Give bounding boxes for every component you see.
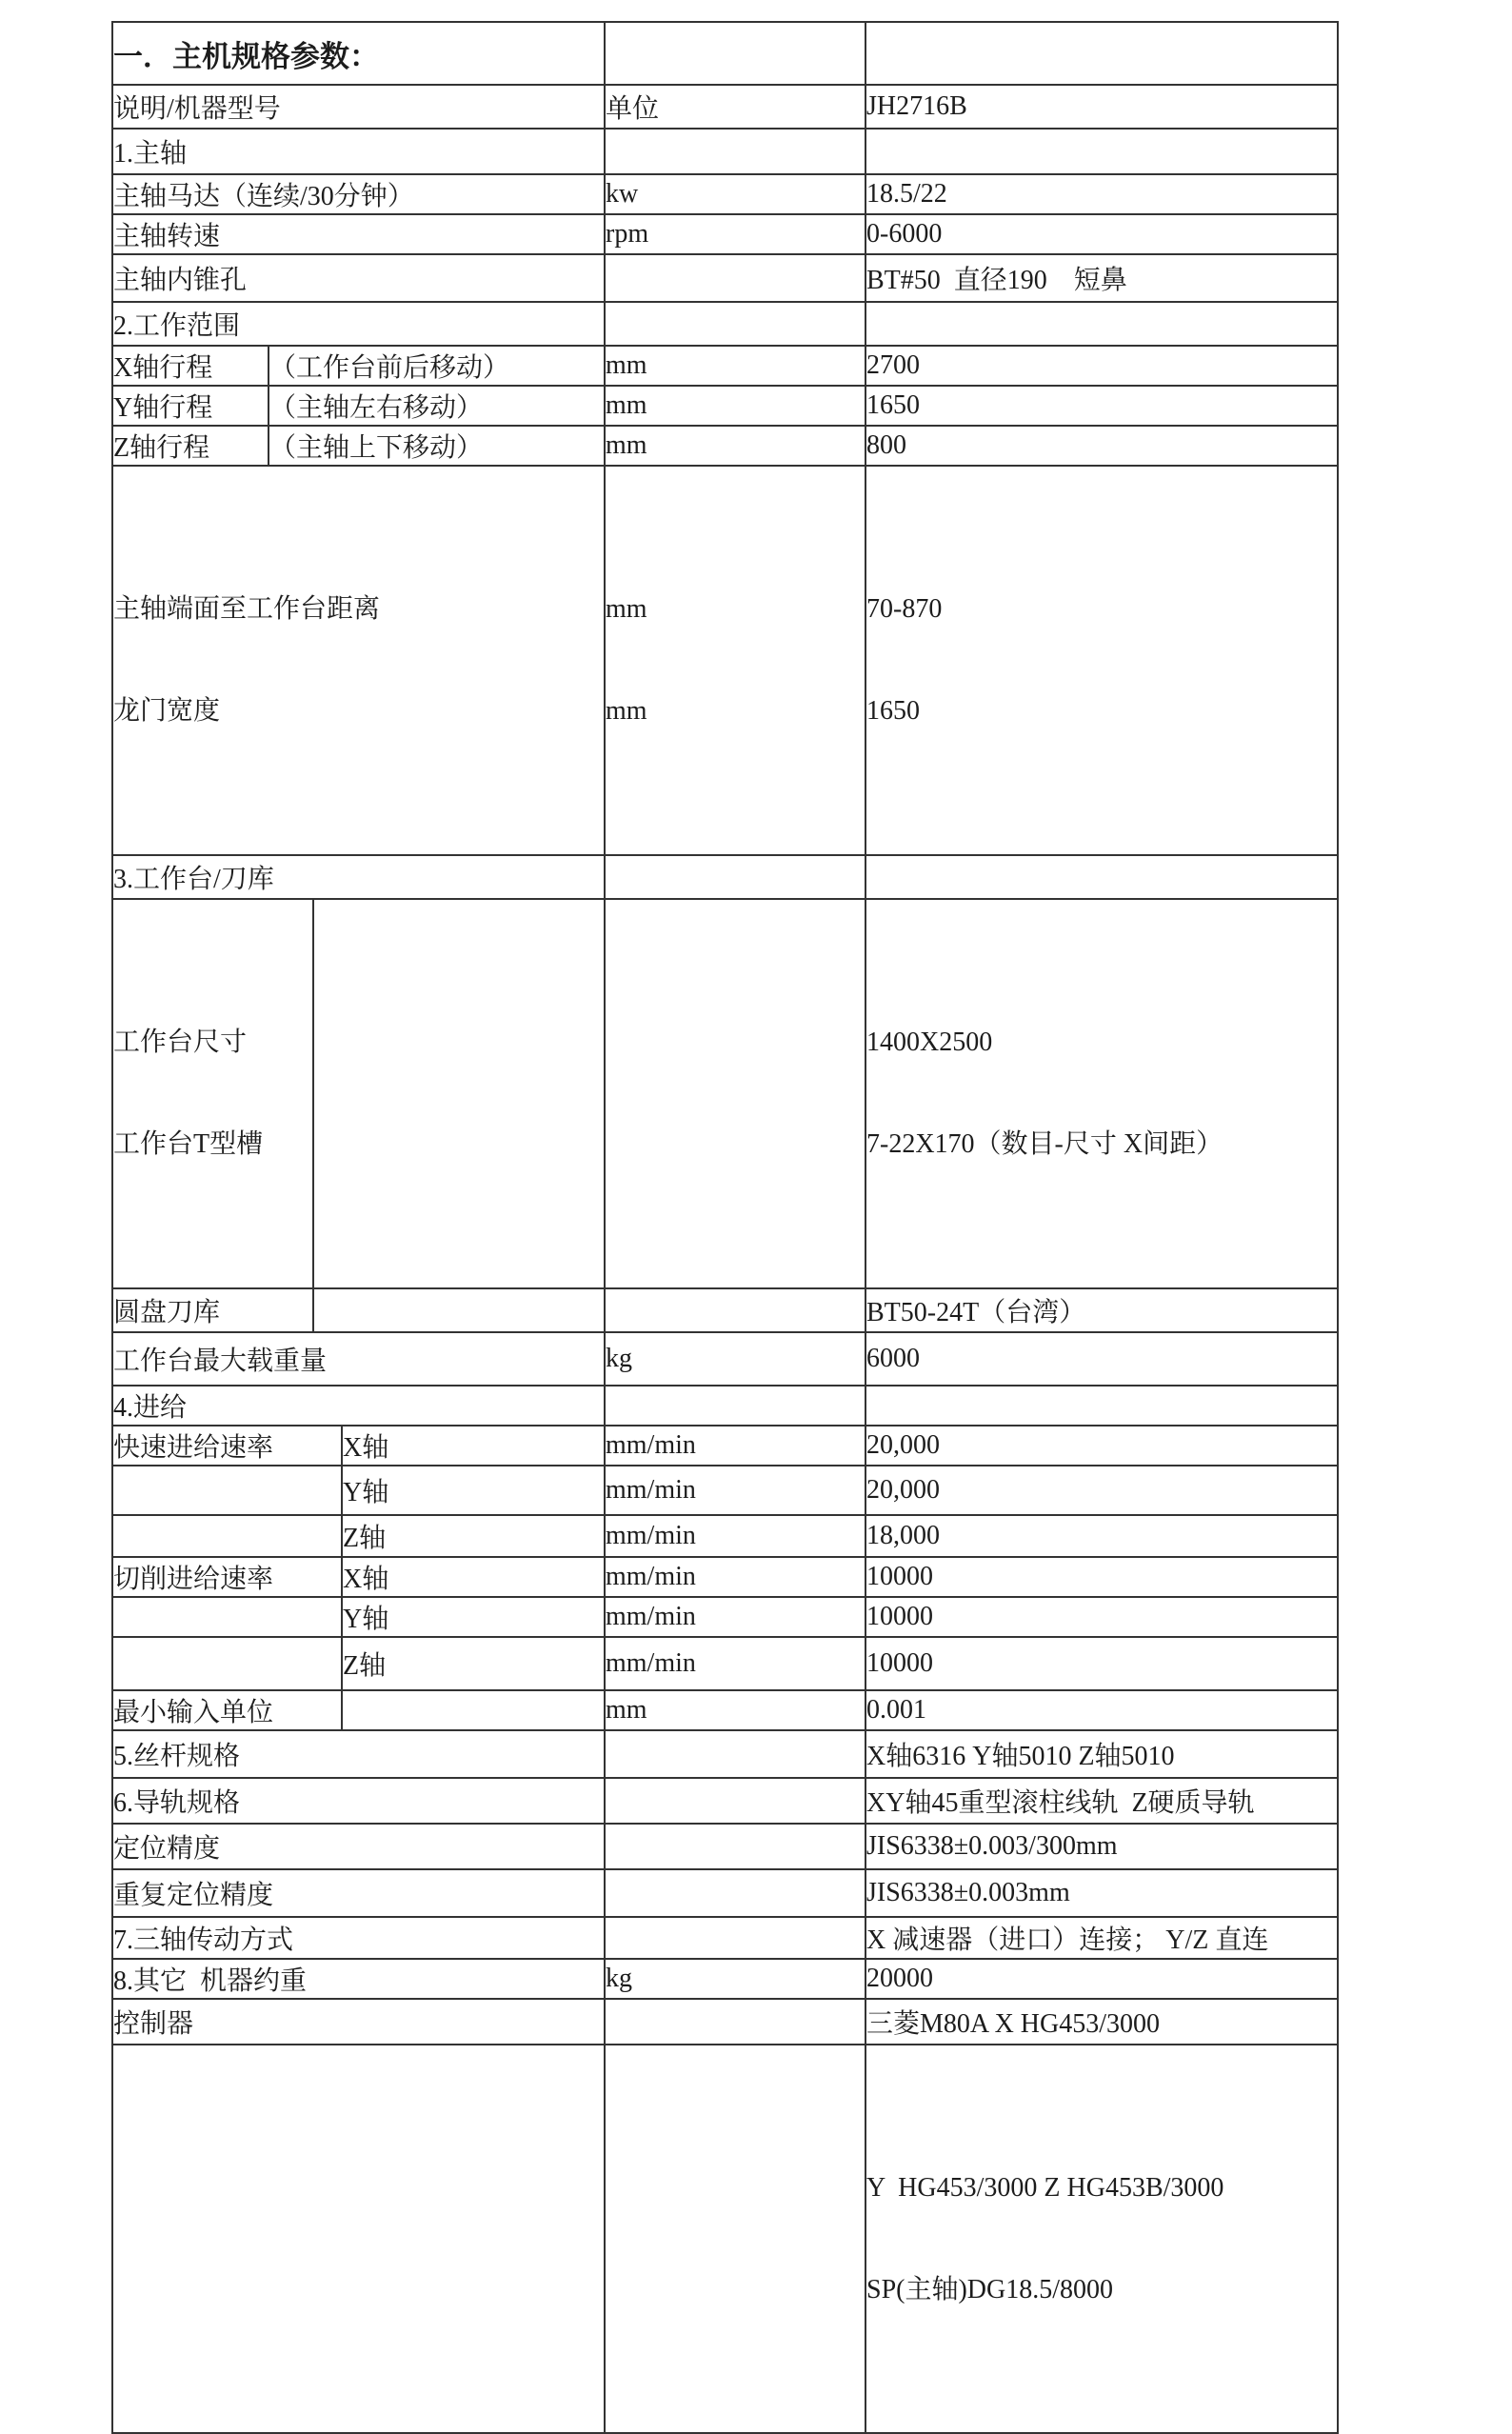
spec-sublabel-cell: Y轴 [342, 1466, 605, 1515]
empty-cell [605, 1386, 865, 1426]
section-row: 8.其它 机器约重 kg 20000 [112, 1959, 1338, 1999]
table-row: 工作台尺寸 工作台T型槽 1400X2500 7-22X170（数目-尺寸 X间… [112, 899, 1338, 1288]
table-row: 定位精度 JIS6338±0.003/300mm [112, 1824, 1338, 1869]
empty-cell [112, 1597, 342, 1637]
value-line-2: 1650 [866, 690, 1337, 731]
spec-sublabel-cell: （主轴左右移动） [269, 386, 605, 426]
label-line-2: 工作台T型槽 [113, 1124, 312, 1165]
empty-cell [112, 1637, 342, 1690]
table-row: Z轴 mm/min 18,000 [112, 1515, 1338, 1557]
spec-label-cell: 控制器 [112, 1999, 605, 2045]
spec-label-cell: 工作台尺寸 工作台T型槽 [112, 899, 313, 1288]
spec-label-cell: 主轴转速 [112, 214, 605, 254]
table-row: 主轴马达（连续/30分钟） kw 18.5/22 [112, 174, 1338, 214]
table-row: 快速进给速率 X轴 mm/min 20,000 [112, 1426, 1338, 1466]
value-cell: 0.001 [865, 1690, 1338, 1730]
spec-sublabel-cell: （主轴上下移动） [269, 426, 605, 466]
empty-cell [605, 22, 865, 85]
value-cell: 10000 [865, 1557, 1338, 1597]
unit-cell: rpm [605, 214, 865, 254]
section-row: 3.工作台/刀库 [112, 855, 1338, 899]
table-row: 重复定位精度 JIS6338±0.003mm [112, 1869, 1338, 1917]
spec-label-cell: 定位精度 [112, 1824, 605, 1869]
table-row: 主轴转速 rpm 0-6000 [112, 214, 1338, 254]
spec-label-cell: 工作台最大载重量 [112, 1332, 605, 1386]
spec-label-cell: 主轴马达（连续/30分钟） [112, 174, 605, 214]
value-cell: 20,000 [865, 1426, 1338, 1466]
section-row: 6.导轨规格 XY轴45重型滚柱线轨 Z硬质导轨 [112, 1778, 1338, 1824]
empty-cell [605, 1778, 865, 1824]
unit-cell: mm [605, 426, 865, 466]
value-cell: 20000 [865, 1959, 1338, 1999]
section-label-cell: 1.主轴 [112, 129, 605, 174]
label-line-2: 龙门宽度 [113, 690, 604, 731]
spec-label-cell: 圆盘刀库 [112, 1288, 313, 1332]
unit-cell: mm/min [605, 1515, 865, 1557]
value-line-1: Y HG453/3000 Z HG453B/3000 [866, 2167, 1337, 2208]
section-row: 5.丝杆规格 X轴6316 Y轴5010 Z轴5010 [112, 1730, 1338, 1778]
value-cell: 10000 [865, 1637, 1338, 1690]
table-row: Z轴 mm/min 10000 [112, 1637, 1338, 1690]
unit-cell: kg [605, 1332, 865, 1386]
section-label-cell: 6.导轨规格 [112, 1778, 605, 1824]
spec-sublabel-cell: Z轴 [342, 1515, 605, 1557]
unit-cell: mm/min [605, 1557, 865, 1597]
unit-cell: mm/min [605, 1426, 865, 1466]
spec-label-cell: 说明/机器型号 [112, 85, 605, 129]
value-cell: JIS6338±0.003/300mm [865, 1824, 1338, 1869]
value-cell: 18,000 [865, 1515, 1338, 1557]
unit-cell: mm [605, 346, 865, 386]
section-label-cell: 4.进给 [112, 1386, 605, 1426]
spec-label-cell: 重复定位精度 [112, 1869, 605, 1917]
value-cell: 18.5/22 [865, 174, 1338, 214]
table-row: 主轴端面至工作台距离 龙门宽度 mm mm 70-870 1650 [112, 466, 1338, 855]
table-row: 工作台最大载重量 kg 6000 [112, 1332, 1338, 1386]
value-cell: BT50-24T（台湾） [865, 1288, 1338, 1332]
unit-line-1: mm [606, 589, 865, 629]
value-cell: X 减速器（进口）连接； Y/Z 直连 [865, 1917, 1338, 1959]
empty-cell [865, 22, 1338, 85]
empty-cell [112, 2045, 605, 2434]
section-label-cell: 8.其它 机器约重 [112, 1959, 605, 1999]
value-cell: 800 [865, 426, 1338, 466]
empty-cell [865, 1386, 1338, 1426]
empty-cell [605, 254, 865, 302]
table-row: 切削进给速率 X轴 mm/min 10000 [112, 1557, 1338, 1597]
value-cell: 三菱M80A X HG453/3000 [865, 1999, 1338, 2045]
value-cell: 1650 [865, 386, 1338, 426]
empty-cell [605, 1824, 865, 1869]
unit-cell: mm [605, 386, 865, 426]
empty-cell [112, 1466, 342, 1515]
value-cell: 0-6000 [865, 214, 1338, 254]
value-cell: 2700 [865, 346, 1338, 386]
empty-cell [112, 1515, 342, 1557]
spec-sublabel-cell: （工作台前后移动） [269, 346, 605, 386]
unit-cell: mm mm [605, 466, 865, 855]
section-row: 7.三轴传动方式 X 减速器（进口）连接； Y/Z 直连 [112, 1917, 1338, 1959]
value-line-1: 70-870 [866, 589, 1337, 629]
empty-cell [313, 899, 605, 1288]
table-row: 说明/机器型号 单位 JH2716B [112, 85, 1338, 129]
section-row: 4.进给 [112, 1386, 1338, 1426]
unit-cell: 单位 [605, 85, 865, 129]
value-cell: 1400X2500 7-22X170（数目-尺寸 X间距） [865, 899, 1338, 1288]
empty-cell [865, 855, 1338, 899]
section-label-cell: 7.三轴传动方式 [112, 1917, 605, 1959]
unit-cell: kw [605, 174, 865, 214]
spec-sublabel-cell: X轴 [342, 1426, 605, 1466]
document-page: 一．主机规格参数： 说明/机器型号 单位 JH2716B 1.主轴 主轴马达（连… [0, 0, 1512, 1560]
label-line-1: 工作台尺寸 [113, 1022, 312, 1063]
unit-cell: mm/min [605, 1466, 865, 1515]
empty-cell [605, 1730, 865, 1778]
table-row: Y HG453/3000 Z HG453B/3000 SP(主轴)DG18.5/… [112, 2045, 1338, 2434]
label-line-1: 主轴端面至工作台距离 [113, 589, 604, 629]
value-cell: 10000 [865, 1597, 1338, 1637]
spec-sublabel-cell: Z轴 [342, 1637, 605, 1690]
table-row: 控制器 三菱M80A X HG453/3000 [112, 1999, 1338, 2045]
empty-cell [605, 1917, 865, 1959]
value-cell: BT#50 直径190 短鼻 [865, 254, 1338, 302]
table-row: 主轴内锥孔 BT#50 直径190 短鼻 [112, 254, 1338, 302]
spec-label-cell: 快速进给速率 [112, 1426, 342, 1466]
unit-line-2: mm [606, 690, 865, 731]
value-line-2: SP(主轴)DG18.5/8000 [866, 2269, 1337, 2310]
value-cell: JIS6338±0.003mm [865, 1869, 1338, 1917]
table-row: 圆盘刀库 BT50-24T（台湾） [112, 1288, 1338, 1332]
spec-label-cell: Y轴行程 [112, 386, 269, 426]
table-row: Y轴行程 （主轴左右移动） mm 1650 [112, 386, 1338, 426]
table-row: Y轴 mm/min 20,000 [112, 1466, 1338, 1515]
unit-cell: mm/min [605, 1637, 865, 1690]
value-cell: Y HG453/3000 Z HG453B/3000 SP(主轴)DG18.5/… [865, 2045, 1338, 2434]
value-line-2: 7-22X170（数目-尺寸 X间距） [866, 1124, 1337, 1165]
empty-cell [865, 302, 1338, 346]
table-row: X轴行程 （工作台前后移动） mm 2700 [112, 346, 1338, 386]
spec-label-cell: 主轴端面至工作台距离 龙门宽度 [112, 466, 605, 855]
section-label-cell: 3.工作台/刀库 [112, 855, 605, 899]
section-label-cell: 2.工作范围 [112, 302, 605, 346]
value-cell: JH2716B [865, 85, 1338, 129]
empty-cell [605, 899, 865, 1288]
table-title: 一．主机规格参数： [112, 22, 605, 85]
spec-label-cell: 最小输入单位 [112, 1690, 342, 1730]
spec-sublabel-cell: X轴 [342, 1557, 605, 1597]
table-row: 最小输入单位 mm 0.001 [112, 1690, 1338, 1730]
unit-cell: mm/min [605, 1597, 865, 1637]
empty-cell [605, 1999, 865, 2045]
value-line-1: 1400X2500 [866, 1022, 1337, 1063]
empty-cell [605, 1869, 865, 1917]
title-row: 一．主机规格参数： [112, 22, 1338, 85]
unit-cell: mm [605, 1690, 865, 1730]
spec-label-cell: 切削进给速率 [112, 1557, 342, 1597]
spec-label-cell: Z轴行程 [112, 426, 269, 466]
empty-cell [865, 129, 1338, 174]
empty-cell [342, 1690, 605, 1730]
section-label-cell: 5.丝杆规格 [112, 1730, 605, 1778]
value-cell: XY轴45重型滚柱线轨 Z硬质导轨 [865, 1778, 1338, 1824]
spec-table: 一．主机规格参数： 说明/机器型号 单位 JH2716B 1.主轴 主轴马达（连… [111, 21, 1339, 2434]
empty-cell [605, 302, 865, 346]
value-cell: X轴6316 Y轴5010 Z轴5010 [865, 1730, 1338, 1778]
value-cell: 6000 [865, 1332, 1338, 1386]
empty-cell [605, 855, 865, 899]
empty-cell [313, 1288, 605, 1332]
table-row: Y轴 mm/min 10000 [112, 1597, 1338, 1637]
value-cell: 70-870 1650 [865, 466, 1338, 855]
unit-cell: kg [605, 1959, 865, 1999]
spec-label-cell: X轴行程 [112, 346, 269, 386]
empty-cell [605, 1288, 865, 1332]
spec-label-cell: 主轴内锥孔 [112, 254, 605, 302]
empty-cell [605, 2045, 865, 2434]
value-cell: 20,000 [865, 1466, 1338, 1515]
empty-cell [605, 129, 865, 174]
spec-sublabel-cell: Y轴 [342, 1597, 605, 1637]
section-row: 1.主轴 [112, 129, 1338, 174]
table-row: Z轴行程 （主轴上下移动） mm 800 [112, 426, 1338, 466]
section-row: 2.工作范围 [112, 302, 1338, 346]
